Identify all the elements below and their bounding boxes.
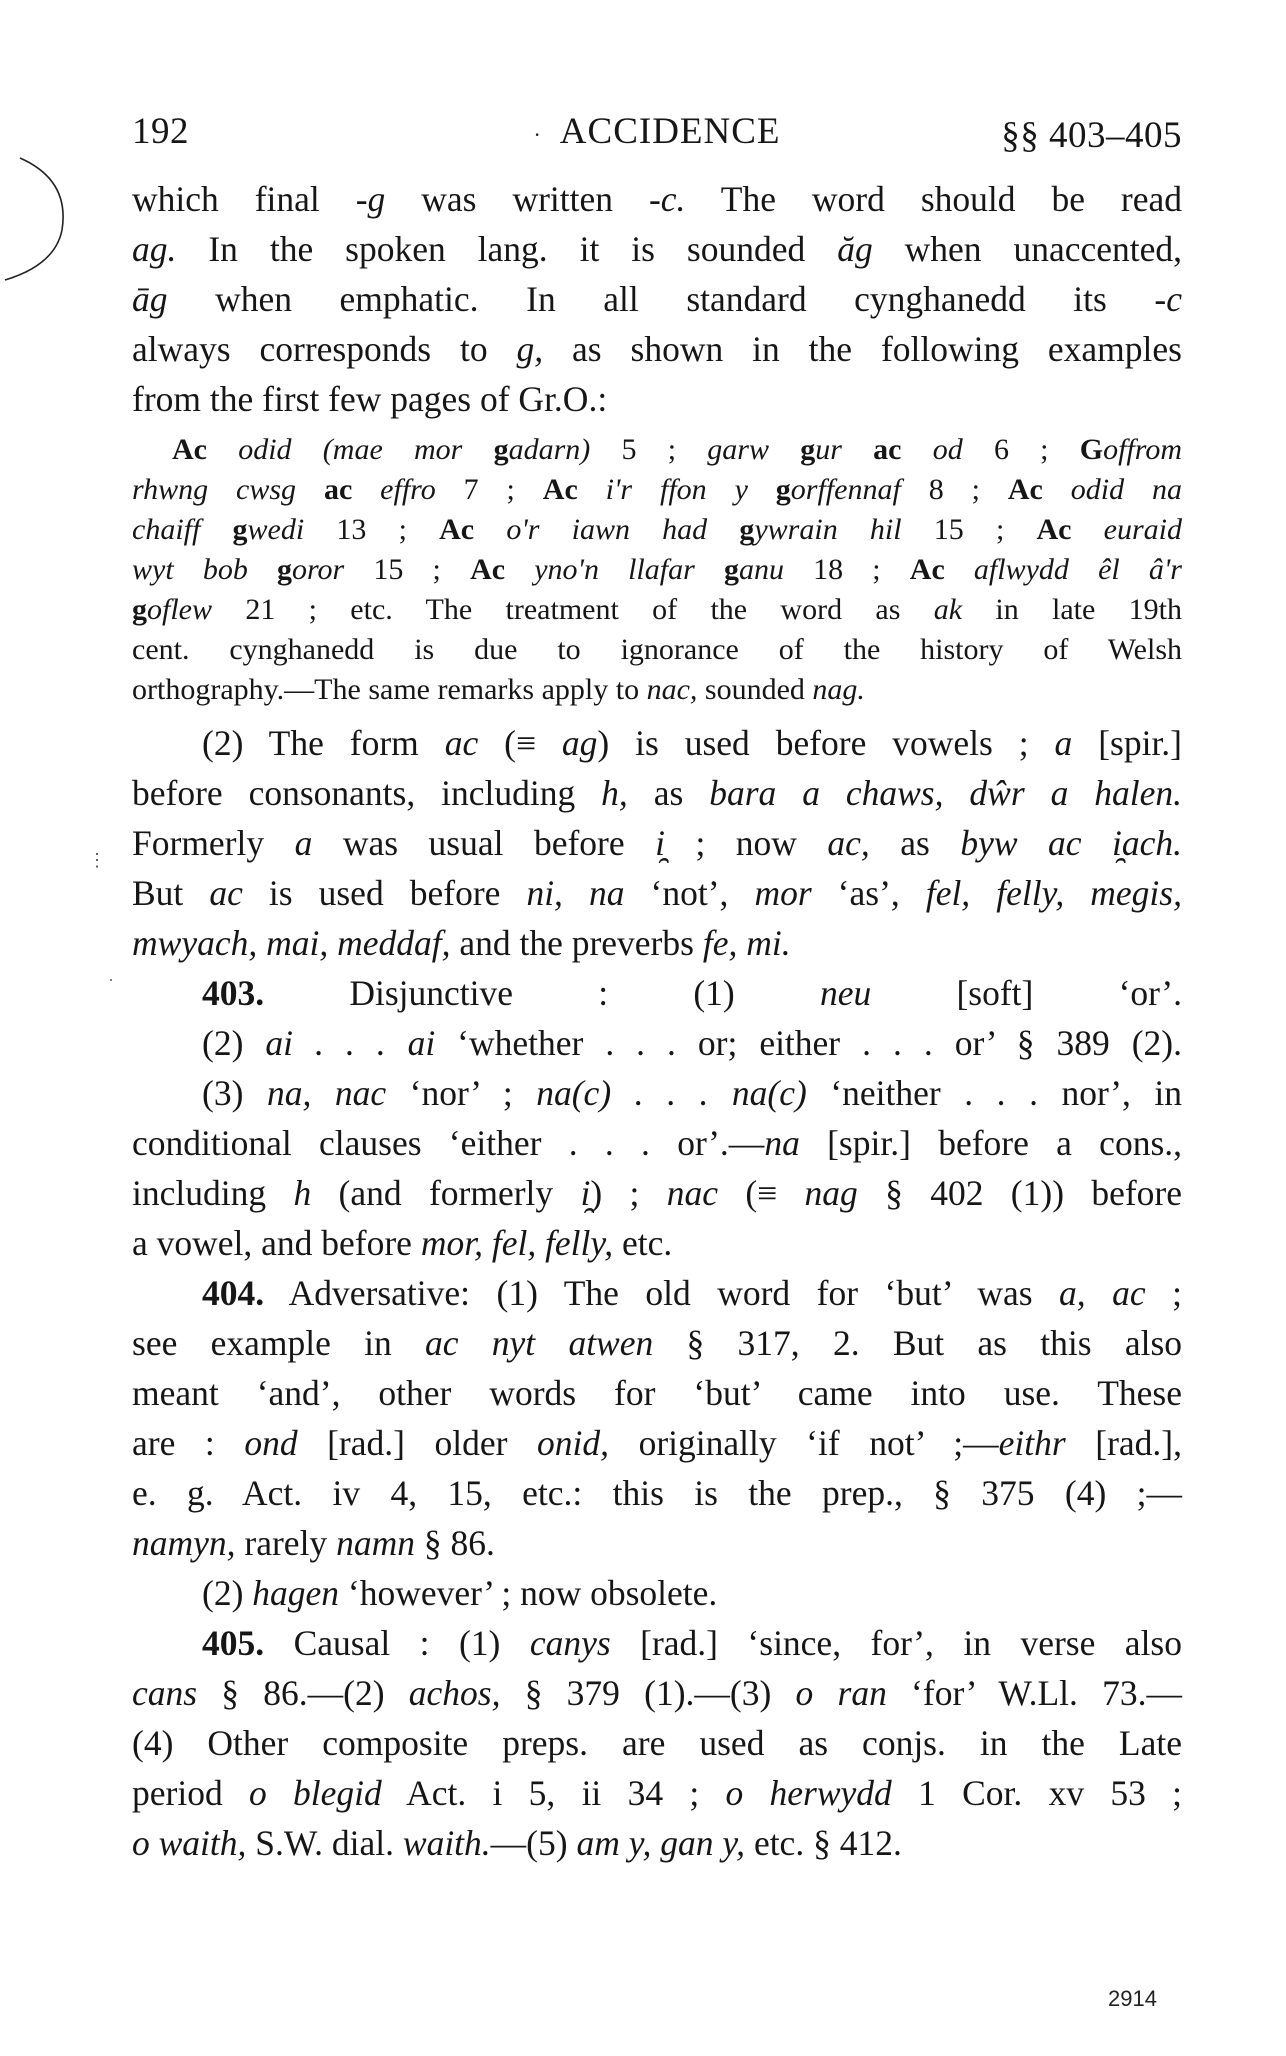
text-run: But (132, 873, 209, 913)
italic-run: āg (132, 279, 168, 319)
italic-run: nag. (812, 673, 865, 706)
italic-run: ac (445, 723, 479, 763)
text-run: is used before (243, 873, 527, 913)
italic-run: i̯ (655, 823, 665, 863)
bold-run: 404. (202, 1273, 264, 1313)
italic-run: ăg (837, 229, 873, 269)
italic-run: oflew (147, 593, 212, 626)
section-405: 405. Causal : (1) canys [rad.] ‘since, f… (132, 1618, 1182, 1868)
text-line: o waith, S.W. dial. waith.—(5) am y, gan… (132, 1818, 1182, 1868)
text-line: ag. In the spoken lang. it is sounded ăg… (132, 224, 1182, 274)
bold-run: ac (873, 433, 901, 466)
bold-run: g (132, 593, 147, 626)
italic-run: o'r iawn had (474, 513, 739, 546)
text-line: conditional clauses ‘either . . . or’.—n… (132, 1118, 1182, 1168)
italic-run: nac, (647, 673, 698, 706)
margin-marks: ⋮ (88, 855, 106, 865)
text-run: ‘neither . . . nor’, in (807, 1073, 1182, 1113)
text-run: ‘however’ ; now obsolete. (339, 1573, 717, 1613)
text-run: [spir.] (1072, 723, 1182, 763)
text-run: 8 ; (901, 473, 1008, 506)
italic-run: hagen (252, 1573, 339, 1613)
text-line: are : ond [rad.] older onid, originally … (132, 1418, 1182, 1468)
text-line: cans § 86.—(2) achos, § 379 (1).—(3) o r… (132, 1668, 1182, 1718)
italic-run: fel, felly, megis, (926, 873, 1182, 913)
bold-run: Ac (910, 553, 945, 586)
text-line: (4) Other composite preps. are used as c… (132, 1718, 1182, 1768)
italic-run: o ran (796, 1673, 887, 1713)
bold-run: g (776, 473, 791, 506)
italic-run: ac (209, 873, 243, 913)
bold-run: Ac (1008, 473, 1043, 506)
text-line: before consonants, including h, as bara … (132, 768, 1182, 818)
bold-run: g (724, 553, 739, 586)
text-run: 6 ; (963, 433, 1080, 466)
italic-run: byw ac i̯ach. (960, 823, 1182, 863)
text-run: when unaccented, (873, 229, 1182, 269)
text-run: as (628, 773, 709, 813)
italic-run: g, (516, 329, 543, 369)
text-line: (2) ai . . . ai ‘whether . . . or; eithe… (132, 1018, 1182, 1068)
text-run: S.W. dial. (246, 1823, 402, 1863)
text-run: 13 ; (304, 513, 439, 546)
text-run: ‘not’, (624, 873, 754, 913)
text-run: ; now (665, 823, 827, 863)
text-run: [rad.], (1066, 1423, 1182, 1463)
italic-run: aflwydd êl â'r (945, 553, 1182, 586)
italic-run: ur (815, 433, 873, 466)
text-run: ‘nor’ ; (386, 1073, 536, 1113)
text-run: as (870, 823, 961, 863)
text-line: which final -g was written -c. The word … (132, 174, 1182, 224)
italic-run: bara a chaws, dŵr a halen. (709, 773, 1182, 813)
italic-run: onid, (537, 1423, 609, 1463)
italic-run: h, (601, 773, 628, 813)
text-line: Formerly a was usual before i̯ ; now ac,… (132, 818, 1182, 868)
text-run: (and formerly (311, 1173, 580, 1213)
text-line: namyn, rarely namn § 86. (132, 1518, 1182, 1568)
text-run: rarely (236, 1523, 337, 1563)
text-run: § 379 (1).—(3) (500, 1673, 795, 1713)
text-run: orthography.—The same remarks apply to (132, 673, 647, 706)
bold-run: Ac (543, 473, 578, 506)
text-line: 404. Adversative: (1) The old word for ‘… (132, 1268, 1182, 1318)
text-run: 15 ; (344, 553, 470, 586)
bold-run: g (277, 553, 292, 586)
text-run: (4) Other composite preps. are used as c… (132, 1723, 1182, 1763)
text-run: (2) (202, 1573, 252, 1613)
text-run: —(5) (491, 1823, 577, 1863)
italic-run: offrom (1103, 433, 1182, 466)
italic-run: ni, na (526, 873, 624, 913)
italic-run: wyt bob (132, 553, 277, 586)
text-run: § 402 (1)) before (858, 1173, 1182, 1213)
text-line: 405. Causal : (1) canys [rad.] ‘since, f… (132, 1618, 1182, 1668)
text-run: ) is used before vowels ; (597, 723, 1054, 763)
italic-run: ac, (827, 823, 869, 863)
section-403: 403. Disjunctive : (1) neu [soft] ‘or’.(… (132, 968, 1182, 1268)
bold-run: G (1080, 433, 1103, 466)
text-run: ; (1146, 1273, 1182, 1313)
italic-run: mor (754, 873, 811, 913)
text-line: (2) hagen ‘however’ ; now obsolete. (132, 1568, 1182, 1618)
text-line: from the first few pages of Gr.O.: (132, 374, 1182, 424)
text-line: see example in ac nyt atwen § 317, 2. Bu… (132, 1318, 1182, 1368)
italic-run: rhwng cwsg (132, 473, 324, 506)
bold-run: Ac (1037, 513, 1072, 546)
text-run: Adversative: (1) The old word for ‘but’ … (264, 1273, 1059, 1313)
text-run: which final (132, 179, 356, 219)
plate-number: 2914 (1108, 1986, 1157, 2012)
text-run: meant ‘and’, other words for ‘but’ came … (132, 1373, 1182, 1413)
italic-run: anu (739, 553, 784, 586)
paragraph-2: (2) The form ac (≡ ag) is used before vo… (132, 718, 1182, 968)
text-line: (3) na, nac ‘nor’ ; na(c) . . . na(c) ‘n… (132, 1068, 1182, 1118)
italic-run: na, nac (267, 1073, 386, 1113)
text-run: [soft] ‘or’. (871, 973, 1182, 1013)
text-line: (2) The form ac (≡ ag) is used before vo… (132, 718, 1182, 768)
text-line: goflew 21 ; etc. The treatment of the wo… (132, 590, 1182, 630)
text-run: § 317, 2. But as this also (653, 1323, 1182, 1363)
text-line: always corresponds to g, as shown in the… (132, 324, 1182, 374)
italic-run: a, ac (1059, 1273, 1146, 1313)
text-run: was written (385, 179, 649, 219)
text-line: āg when emphatic. In all standard cyngha… (132, 274, 1182, 324)
text-line: including h (and formerly i̯) ; nac (≡ n… (132, 1168, 1182, 1218)
text-run: (3) (202, 1073, 267, 1113)
italic-run: odid (mae mor (207, 433, 494, 466)
italic-run: i̯ (580, 1173, 590, 1213)
italic-run: orffennaf (791, 473, 901, 506)
text-line: But ac is used before ni, na ‘not’, mor … (132, 868, 1182, 918)
bold-run: 405. (202, 1623, 264, 1663)
section-404: 404. Adversative: (1) The old word for ‘… (132, 1268, 1182, 1618)
text-run: 7 ; (436, 473, 543, 506)
text-run: 5 ; (621, 433, 707, 466)
bold-run: Ac (470, 553, 505, 586)
text-run: from the first few pages of Gr.O.: (132, 379, 607, 419)
examples-block: Ac odid (mae mor gadarn) 5 ; garw gur ac… (132, 430, 1182, 710)
text-run: Disjunctive : (1) (264, 973, 820, 1013)
bold-run: 403. (202, 973, 264, 1013)
text-run: always corresponds to (132, 329, 516, 369)
text-run: e. g. Act. iv 4, 15, etc.: this is the p… (132, 1473, 1182, 1513)
italic-run: euraid (1071, 513, 1182, 546)
italic-run: -c. (649, 179, 685, 219)
italic-run: yno'n llafar (505, 553, 724, 586)
text-run: 1 Cor. xv 53 ; (892, 1773, 1182, 1813)
text-run: before consonants, including (132, 773, 601, 813)
text-line: a vowel, and before mor, fel, felly, etc… (132, 1218, 1182, 1268)
italic-run: a (295, 823, 313, 863)
bold-run: Ac (439, 513, 474, 546)
text-run: cent. cynghanedd is due to ignorance of … (132, 633, 1182, 666)
italic-run: o waith, (132, 1823, 246, 1863)
text-run: when emphatic. In all standard cynghaned… (168, 279, 1155, 319)
text-line: rhwng cwsg ac effro 7 ; Ac i'r ffon y go… (132, 470, 1182, 510)
text-run: sounded (697, 673, 812, 706)
italic-run: am y, gan y, (576, 1823, 745, 1863)
italic-run: achos, (409, 1673, 501, 1713)
text-run: see example in (132, 1323, 425, 1363)
italic-run: ond (244, 1423, 297, 1463)
italic-run: fe, mi. (703, 923, 791, 963)
italic-run: ai . . . ai (265, 1023, 435, 1063)
text-line: orthography.—The same remarks apply to n… (132, 670, 1182, 710)
text-line: Ac odid (mae mor gadarn) 5 ; garw gur ac… (132, 430, 1182, 470)
italic-run: canys (530, 1623, 611, 1663)
margin-mark: · (108, 970, 114, 991)
text-run: ) ; (590, 1173, 666, 1213)
italic-run: na(c) . . . na(c) (536, 1073, 807, 1113)
italic-run: o herwydd (726, 1773, 892, 1813)
text-line: mwyach, mai, meddaf, and the preverbs fe… (132, 918, 1182, 968)
italic-run: ag (562, 723, 598, 763)
text-line: 403. Disjunctive : (1) neu [soft] ‘or’. (132, 968, 1182, 1018)
italic-run: ak (934, 593, 962, 626)
bold-run: Ac (172, 433, 207, 466)
text-run: ‘for’ W.Ll. 73.— (887, 1673, 1182, 1713)
italic-run: oror (292, 553, 344, 586)
text-run: Causal : (1) (264, 1623, 530, 1663)
italic-run: -g (356, 179, 386, 219)
text-run: period (132, 1773, 249, 1813)
italic-run: na (764, 1123, 800, 1163)
text-run: [rad.] older (298, 1423, 537, 1463)
italic-run: waith. (403, 1823, 491, 1863)
italic-run: neu (820, 973, 871, 1013)
italic-run: ac nyt atwen (425, 1323, 653, 1363)
text-run: 15 ; (902, 513, 1037, 546)
italic-run: cans (132, 1673, 197, 1713)
italic-run: namn (336, 1523, 415, 1563)
bold-run: ac (324, 473, 352, 506)
italic-run: nac (667, 1173, 718, 1213)
text-run: are : (132, 1423, 244, 1463)
text-run: (2) The form (202, 723, 445, 763)
italic-run: eithr (999, 1423, 1066, 1463)
text-run: (≡ (478, 723, 562, 763)
section-range: §§ 403–405 (1001, 114, 1182, 157)
italic-run: nag (805, 1173, 858, 1213)
italic-run: i'r ffon y (578, 473, 776, 506)
italic-run: od (901, 433, 962, 466)
book-page: 192 ·ACCIDENCE §§ 403–405 which final -g… (132, 100, 1182, 1868)
running-head: 192 ·ACCIDENCE §§ 403–405 (132, 100, 1182, 160)
bold-run: g (739, 513, 754, 546)
paragraph-intro: which final -g was written -c. The word … (132, 174, 1182, 424)
text-run: originally ‘if not’ ;— (609, 1423, 999, 1463)
italic-run: a (1055, 723, 1073, 763)
text-run: Act. i 5, ii 34 ; (382, 1773, 726, 1813)
italic-run: mwyach, mai, meddaf, (132, 923, 450, 963)
italic-run: namyn, (132, 1523, 236, 1563)
bold-run: g (494, 433, 509, 466)
text-line: meant ‘and’, other words for ‘but’ came … (132, 1368, 1182, 1418)
italic-run: chaiff (132, 513, 233, 546)
text-run: 18 ; (784, 553, 910, 586)
text-run: a vowel, and before (132, 1223, 421, 1263)
italic-run: adarn) (509, 433, 622, 466)
text-run: [spir.] before a cons., (800, 1123, 1182, 1163)
text-run: 21 ; etc. The treatment of the word as (212, 593, 934, 626)
text-run: etc. (613, 1223, 672, 1263)
italic-run: mor, fel, felly, (421, 1223, 613, 1263)
italic-run: h (293, 1173, 311, 1213)
text-run: [rad.] ‘since, for’, in verse also (611, 1623, 1182, 1663)
text-line: period o blegid Act. i 5, ii 34 ; o herw… (132, 1768, 1182, 1818)
italic-run: odid na (1043, 473, 1182, 506)
text-run: and the preverbs (450, 923, 702, 963)
text-run: Formerly (132, 823, 295, 863)
text-run: in late 19th (962, 593, 1182, 626)
text-run: The word should be read (685, 179, 1182, 219)
text-line: cent. cynghanedd is due to ignorance of … (132, 630, 1182, 670)
text-run: etc. § 412. (745, 1823, 902, 1863)
text-run: § 86.—(2) (197, 1673, 409, 1713)
text-run: (2) (202, 1023, 265, 1063)
text-line: chaiff gwedi 13 ; Ac o'r iawn had gywrai… (132, 510, 1182, 550)
text-run: as shown in the following examples (543, 329, 1182, 369)
text-line: wyt bob goror 15 ; Ac yno'n llafar ganu … (132, 550, 1182, 590)
italic-run: o blegid (249, 1773, 382, 1813)
text-run: ‘as’, (812, 873, 926, 913)
italic-run: wedi (248, 513, 305, 546)
italic-run: ag. (132, 229, 176, 269)
italic-run: -c (1154, 279, 1182, 319)
italic-run: effro (352, 473, 435, 506)
text-run: conditional clauses ‘either . . . or’.— (132, 1123, 764, 1163)
italic-run: garw (707, 433, 800, 466)
text-run: § 86. (415, 1523, 495, 1563)
text-run: (≡ (718, 1173, 805, 1213)
text-run: ‘whether . . . or; either . . . or’ § 38… (435, 1023, 1182, 1063)
bold-run: g (800, 433, 815, 466)
bold-run: g (233, 513, 248, 546)
text-line: e. g. Act. iv 4, 15, etc.: this is the p… (132, 1468, 1182, 1518)
italic-run: ywrain hil (754, 513, 901, 546)
margin-bracket-curve (0, 140, 70, 290)
text-run: was usual before (312, 823, 655, 863)
text-run: including (132, 1173, 293, 1213)
text-run: In the spoken lang. it is sounded (176, 229, 837, 269)
